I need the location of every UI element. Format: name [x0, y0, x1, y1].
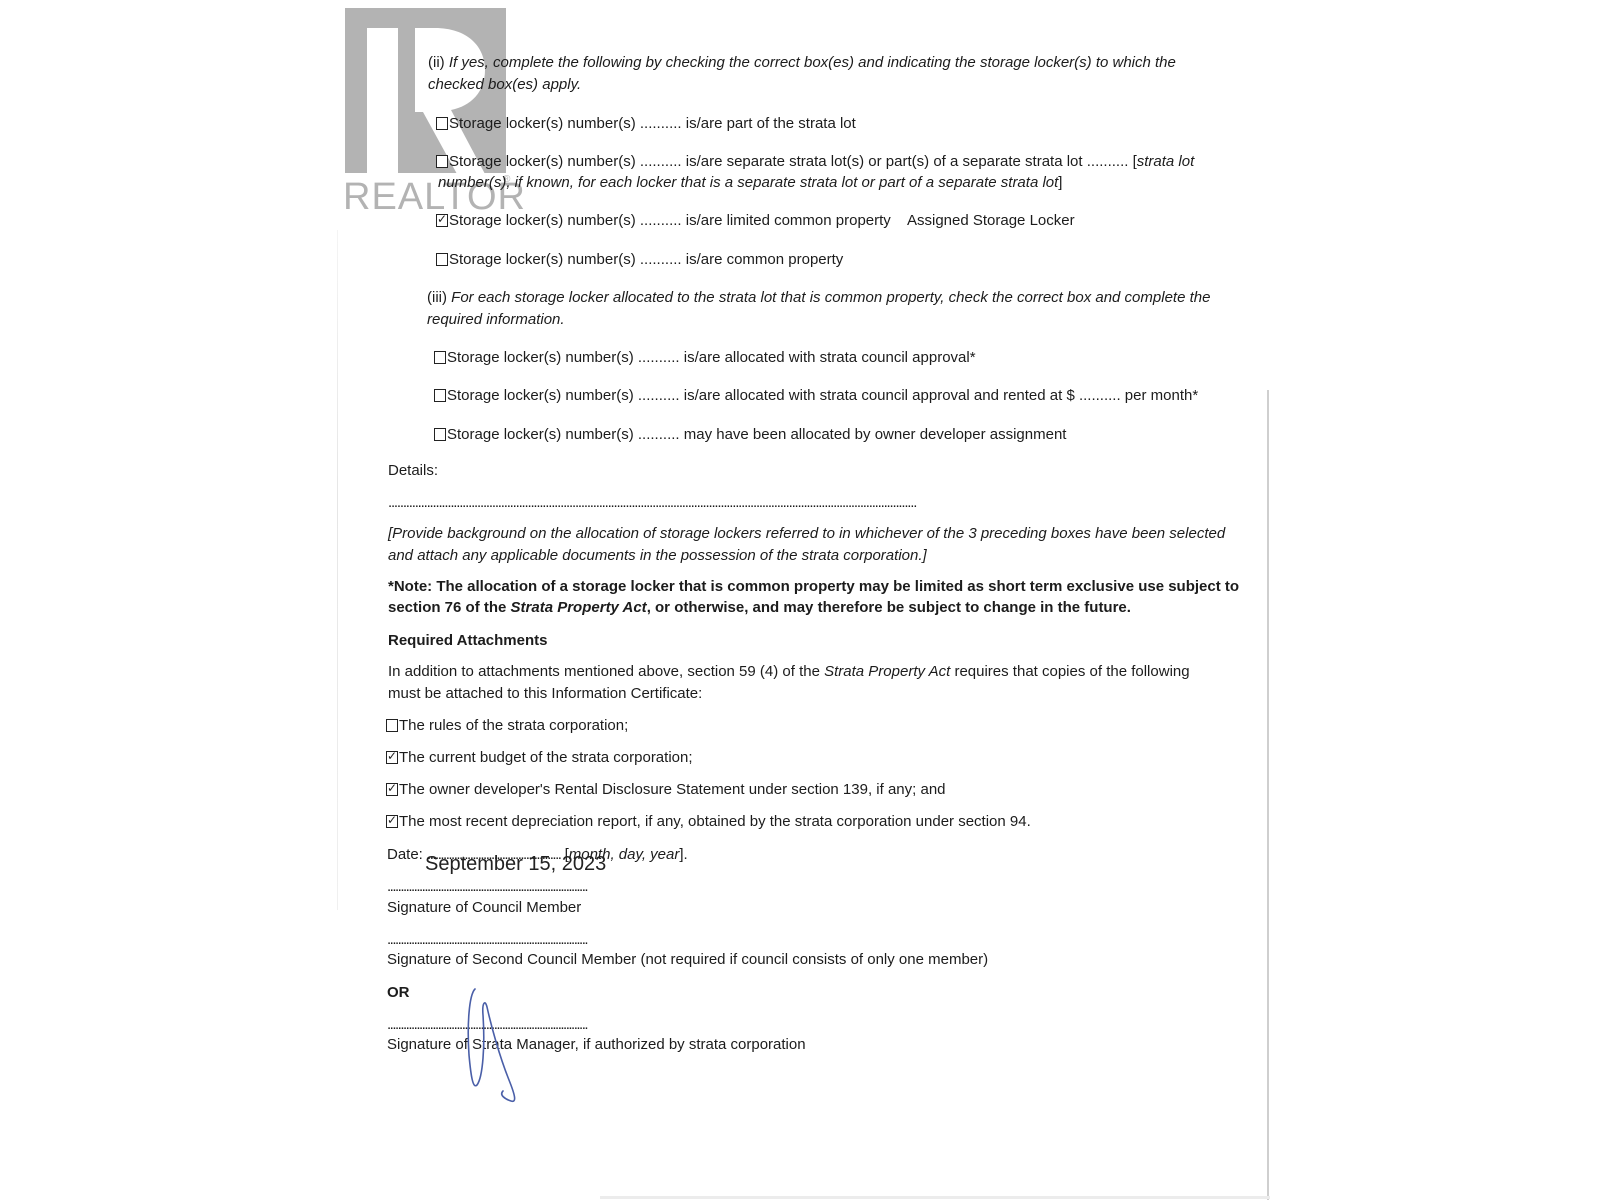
section-iii-label: (iii)	[427, 289, 447, 306]
act-name: Strata Property Act	[511, 599, 647, 616]
or-label: OR	[387, 982, 410, 1004]
option-text: Storage locker(s) number(s) .......... i…	[447, 387, 1198, 404]
locker-option-part-of-strata-lot: Storage locker(s) number(s) .......... i…	[436, 113, 856, 135]
option-text-italic: number(s), if known, for each locker tha…	[438, 174, 1058, 191]
signature-label-strata-manager: Signature of Strata Manager, if authoriz…	[387, 1034, 806, 1056]
signature-line-council[interactable]: ........................................…	[387, 876, 587, 898]
option-text-italic: strata lot	[1137, 153, 1195, 170]
checkbox-checked[interactable]	[386, 751, 398, 764]
section-iii-instruction-cont: required information.	[427, 309, 565, 331]
attachment-text: The rules of the strata corporation;	[399, 717, 628, 734]
note-text: , or otherwise, and may therefore be sub…	[647, 599, 1131, 616]
option-text: Storage locker(s) number(s) .......... i…	[449, 251, 843, 268]
locker-option-common-property: Storage locker(s) number(s) .......... i…	[436, 249, 843, 271]
attachment-budget: The current budget of the strata corpora…	[386, 747, 693, 769]
note-line-1: *Note: The allocation of a storage locke…	[388, 576, 1239, 598]
attachment-text: The current budget of the strata corpora…	[399, 749, 693, 766]
checkbox[interactable]	[434, 428, 446, 441]
intro-text: In addition to attachments mentioned abo…	[388, 663, 824, 680]
note-text: section 76 of the	[388, 599, 511, 616]
signature-label-second-council: Signature of Second Council Member (not …	[387, 949, 988, 971]
intro-text: requires that copies of the following	[950, 663, 1189, 680]
date-format: ].	[679, 846, 687, 863]
option-text: Storage locker(s) number(s) .......... i…	[449, 153, 1137, 170]
attachment-rules: The rules of the strata corporation;	[386, 715, 628, 737]
checkbox-checked[interactable]	[386, 815, 398, 828]
checkbox[interactable]	[436, 117, 448, 130]
details-field[interactable]: ........................................…	[388, 492, 916, 514]
document-page: (ii) If yes, complete the following by c…	[0, 0, 1600, 1200]
attachments-intro: In addition to attachments mentioned abo…	[388, 661, 1190, 683]
locker-option-developer-assignment: Storage locker(s) number(s) .......... m…	[434, 424, 1066, 446]
signature-line-second-council[interactable]: ........................................…	[387, 929, 587, 951]
locker-option-separate-strata-lot: Storage locker(s) number(s) .......... i…	[436, 151, 1194, 173]
attachment-text: The most recent depreciation report, if …	[399, 813, 1031, 830]
date-label: Date:	[387, 846, 423, 863]
section-ii-instruction: (ii) If yes, complete the following by c…	[428, 52, 1176, 74]
attachment-text: The owner developer's Rental Disclosure …	[399, 781, 946, 798]
checkbox[interactable]	[386, 719, 398, 732]
checkbox[interactable]	[436, 253, 448, 266]
locker-option-separate-strata-lot-cont: number(s), if known, for each locker tha…	[438, 172, 1062, 194]
attachments-intro-cont: must be attached to this Information Cer…	[388, 683, 702, 705]
locker-option-council-approval: Storage locker(s) number(s) .......... i…	[434, 347, 976, 369]
section-iii-instruction: (iii) For each storage locker allocated …	[427, 287, 1210, 309]
checkbox-checked[interactable]	[436, 214, 448, 227]
section-iii-text: For each storage locker allocated to the…	[451, 289, 1210, 306]
attachment-depreciation-report: The most recent depreciation report, if …	[386, 811, 1031, 833]
checkbox[interactable]	[434, 389, 446, 402]
signature-label-council: Signature of Council Member	[387, 897, 581, 919]
date-value[interactable]: September 15, 2023	[425, 853, 606, 875]
note-line-2: section 76 of the Strata Property Act, o…	[388, 597, 1131, 619]
locker-option-limited-common-property: Storage locker(s) number(s) .......... i…	[436, 210, 1075, 232]
attachment-rental-disclosure: The owner developer's Rental Disclosure …	[386, 779, 946, 801]
details-instruction-2: and attach any applicable documents in t…	[388, 545, 927, 567]
option-text: Storage locker(s) number(s) .......... i…	[447, 349, 976, 366]
section-ii-label: (ii)	[428, 54, 445, 71]
option-text: Storage locker(s) number(s) .......... i…	[449, 115, 856, 132]
handwritten-signature-icon	[465, 985, 535, 1105]
option-text: Storage locker(s) number(s) .......... i…	[449, 212, 891, 229]
act-name: Strata Property Act	[824, 663, 950, 680]
attachments-heading: Required Attachments	[388, 630, 547, 652]
locker-option-rented: Storage locker(s) number(s) .......... i…	[434, 385, 1198, 407]
details-instruction-1: [Provide background on the allocation of…	[388, 523, 1225, 545]
checkbox[interactable]	[434, 351, 446, 364]
option-text-end: ]	[1058, 174, 1062, 191]
section-ii-instruction-cont: checked box(es) apply.	[428, 74, 581, 96]
checkbox[interactable]	[436, 155, 448, 168]
section-ii-text: If yes, complete the following by checki…	[449, 54, 1176, 71]
checkbox-checked[interactable]	[386, 783, 398, 796]
details-label: Details:	[388, 460, 438, 482]
filled-value: Assigned Storage Locker	[907, 212, 1075, 229]
option-text: Storage locker(s) number(s) .......... m…	[447, 426, 1066, 443]
